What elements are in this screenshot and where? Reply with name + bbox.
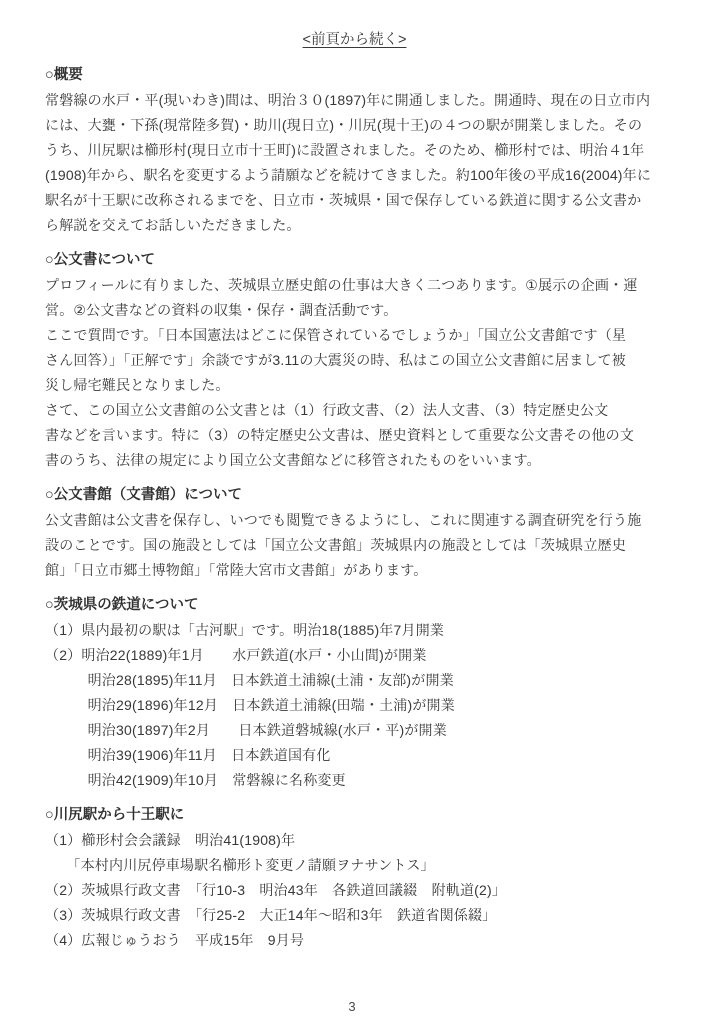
continuation-header-text: <前頁から続く> [303, 32, 407, 48]
text-line: プロフィールに有りました、茨城県立歴史館の仕事は大きく二つあります。①展示の企画… [45, 273, 664, 298]
text-line: 明治42(1909)年10月 常磐線に名称変更 [45, 768, 664, 793]
text-line: 営。②公文書などの資料の収集・保存・調査活動です。 [45, 298, 664, 323]
text-line: 災し帰宅難民となりました。 [45, 373, 664, 398]
text-line: （4）広報じゅうおう 平成15年 9月号 [45, 928, 664, 953]
text-line: 「本村内川尻停車場駅名櫛形ト変更ノ請願ヲナサントス」 [45, 853, 664, 878]
section-heading: ○茨城県の鉄道について [45, 592, 664, 618]
text-line: （1）櫛形村会会議録 明治41(1908)年 [45, 828, 664, 853]
section-kawajiri-to-juo: ○川尻駅から十王駅に （1）櫛形村会会議録 明治41(1908)年 「本村内川尻… [45, 802, 664, 953]
section-heading: ○公文書館（文書館）について [45, 482, 664, 508]
document-page: <前頁から続く> ○概要 常磐線の水戸・平(現いわき)間は、明治３０(1897)… [0, 0, 704, 1024]
text-line: 公文書館は公文書を保存し、いつでも閲覧できるようにし、これに関連する調査研究を行… [45, 508, 664, 533]
text-line: 明治28(1895)年11月 日本鉄道土浦線(土浦・友部)が開業 [45, 668, 664, 693]
continuation-header: <前頁から続く> [45, 28, 664, 53]
section-heading: ○川尻駅から十王駅に [45, 802, 664, 828]
page-number: 3 [0, 999, 704, 1014]
text-line: うち、川尻駅は櫛形村(現日立市十王町)に設置されました。そのため、櫛形村では、明… [45, 138, 664, 163]
section-archives: ○公文書館（文書館）について 公文書館は公文書を保存し、いつでも閲覧できるように… [45, 482, 664, 583]
section-ibaraki-railways: ○茨城県の鉄道について （1）県内最初の駅は「古河駅」です。明治18(1885)… [45, 592, 664, 793]
text-line: 明治39(1906)年11月 日本鉄道国有化 [45, 743, 664, 768]
text-line: 明治30(1897)年2月 日本鉄道磐城線(水戸・平)が開業 [45, 718, 664, 743]
text-line: 書のうち、法律の規定により国立公文書館などに移管されたものをいいます。 [45, 448, 664, 473]
text-line: 常磐線の水戸・平(現いわき)間は、明治３０(1897)年に開通しました。開通時、… [45, 88, 664, 113]
text-line: 駅名が十王駅に改称されるまでを、日立市・茨城県・国で保存している鉄道に関する公文… [45, 188, 664, 213]
section-overview: ○概要 常磐線の水戸・平(現いわき)間は、明治３０(1897)年に開通しました。… [45, 62, 664, 238]
text-line: （2）茨城県行政文書 「行10-3 明治43年 各鉄道回議綴 附軌道(2)」 [45, 878, 664, 903]
text-line: 書などを言います。特に（3）の特定歴史公文書は、歴史資料として重要な公文書その他… [45, 423, 664, 448]
text-line: ら解説を交えてお話しいただきました。 [45, 213, 664, 238]
text-line: 設のことです。国の施設としては「国立公文書館」茨城県内の施設としては「茨城県立歴… [45, 533, 664, 558]
section-heading: ○公文書について [45, 247, 664, 273]
text-line: 明治29(1896)年12月 日本鉄道土浦線(田端・土浦)が開業 [45, 693, 664, 718]
section-official-documents: ○公文書について プロフィールに有りました、茨城県立歴史館の仕事は大きく二つあり… [45, 247, 664, 473]
text-line: (1908)年から、駅名を変更するよう請願などを続けてきました。約100年後の平… [45, 163, 664, 188]
text-line: （2）明治22(1889)年1月 水戸鉄道(水戸・小山間)が開業 [45, 643, 664, 668]
document-content: <前頁から続く> ○概要 常磐線の水戸・平(現いわき)間は、明治３０(1897)… [45, 28, 664, 953]
text-line: （3）茨城県行政文書 「行25-2 大正14年～昭和3年 鉄道省関係綴」 [45, 903, 664, 928]
text-line: 館」「日立市郷土博物館」「常陸大宮市文書館」があります。 [45, 558, 664, 583]
text-line: には、大甕・下孫(現常陸多賀)・助川(現日立)・川尻(現十王)の４つの駅が開業し… [45, 113, 664, 138]
text-line: さて、この国立公文書館の公文書とは（1）行政文書、（2）法人文書、（3）特定歴史… [45, 398, 664, 423]
text-line: （1）県内最初の駅は「古河駅」です。明治18(1885)年7月開業 [45, 618, 664, 643]
text-line: ここで質問です。「日本国憲法はどこに保管されているでしょうか」「国立公文書館です… [45, 323, 664, 348]
text-line: さん回答）」「正解です」余談ですが3.11の大震災の時、私はこの国立公文書館に居… [45, 348, 664, 373]
section-heading: ○概要 [45, 62, 664, 88]
